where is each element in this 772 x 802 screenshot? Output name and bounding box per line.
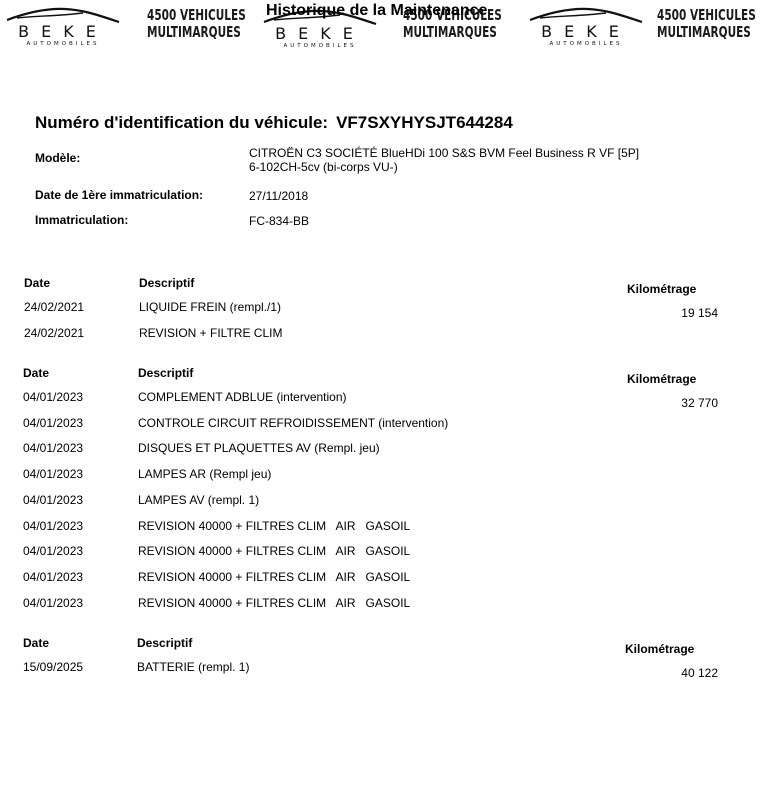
entry-description: LAMPES AV (rempl. 1): [138, 493, 259, 507]
slogan: 4500 VEHICULES MULTIMARQUES: [657, 7, 756, 41]
entry-date: 04/01/2023: [23, 390, 83, 404]
entry-description: LIQUIDE FREIN (rempl./1): [139, 300, 281, 314]
vin-line: Numéro d'identification du véhicule:VF7S…: [35, 113, 513, 133]
model-value: CITROËN C3 SOCIÉTÉ BlueHDi 100 S&S BVM F…: [249, 146, 639, 174]
column-header-date: Date: [23, 366, 49, 380]
vin-label: Numéro d'identification du véhicule:: [35, 113, 328, 132]
slogan: 4500 VEHICULES MULTIMARQUES: [147, 7, 246, 41]
beke-logo: BEKE AUTOMOBILES: [3, 4, 123, 46]
entry-description: CONTROLE CIRCUIT REFROIDISSEMENT (interv…: [138, 416, 448, 430]
entry-date: 24/02/2021: [24, 326, 84, 340]
entry-date: 04/01/2023: [23, 441, 83, 455]
brand-banner: BEKE AUTOMOBILES 4500 VEHICULES MULTIMAR…: [0, 0, 772, 50]
column-header-description: Descriptif: [139, 276, 194, 290]
model-label: Modèle:: [35, 151, 80, 165]
entry-description: REVISION 40000 + FILTRES CLIM AIR GASOIL: [138, 570, 410, 584]
entry-description: REVISION + FILTRE CLIM: [139, 326, 282, 340]
entry-description: LAMPES AR (Rempl jeu): [138, 467, 271, 481]
mileage-value: 40 122: [638, 666, 718, 680]
svg-text:BEKE: BEKE: [541, 22, 631, 41]
svg-text:BEKE: BEKE: [275, 24, 365, 43]
entry-description: REVISION 40000 + FILTRES CLIM AIR GASOIL: [138, 596, 410, 610]
column-header-mileage: Kilométrage: [627, 372, 696, 386]
column-header-description: Descriptif: [138, 366, 193, 380]
entry-description: REVISION 40000 + FILTRES CLIM AIR GASOIL: [138, 544, 410, 558]
entry-date: 04/01/2023: [23, 519, 83, 533]
svg-text:BEKE: BEKE: [18, 22, 108, 41]
registration-value: FC-834-BB: [249, 214, 309, 228]
column-header-date: Date: [24, 276, 50, 290]
entry-date: 04/01/2023: [23, 544, 83, 558]
entry-description: COMPLEMENT ADBLUE (intervention): [138, 390, 347, 404]
entry-date: 04/01/2023: [23, 493, 83, 507]
car-silhouette-icon: BEKE AUTOMOBILES: [526, 4, 646, 46]
entry-date: 15/09/2025: [23, 660, 83, 674]
entry-date: 04/01/2023: [23, 596, 83, 610]
beke-logo: BEKE AUTOMOBILES: [526, 4, 646, 46]
column-header-description: Descriptif: [137, 636, 192, 650]
entry-description: DISQUES ET PLAQUETTES AV (Rempl. jeu): [138, 441, 380, 455]
vin-value: VF7SXYHYSJT644284: [336, 113, 513, 132]
page-title: Historique de la Maintenance: [266, 2, 487, 20]
svg-text:AUTOMOBILES: AUTOMOBILES: [284, 43, 357, 48]
first-registration-value: 27/11/2018: [249, 189, 308, 203]
entry-date: 04/01/2023: [23, 467, 83, 481]
first-registration-label: Date de 1ère immatriculation:: [35, 188, 203, 202]
entry-date: 04/01/2023: [23, 570, 83, 584]
registration-label: Immatriculation:: [35, 213, 128, 227]
car-silhouette-icon: BEKE AUTOMOBILES: [3, 4, 123, 46]
column-header-mileage: Kilométrage: [625, 642, 694, 656]
column-header-date: Date: [23, 636, 49, 650]
mileage-value: 19 154: [638, 306, 718, 320]
entry-date: 24/02/2021: [24, 300, 84, 314]
svg-text:AUTOMOBILES: AUTOMOBILES: [550, 41, 623, 46]
entry-date: 04/01/2023: [23, 416, 83, 430]
entry-description: REVISION 40000 + FILTRES CLIM AIR GASOIL: [138, 519, 410, 533]
mileage-value: 32 770: [638, 396, 718, 410]
column-header-mileage: Kilométrage: [627, 282, 696, 296]
entry-description: BATTERIE (rempl. 1): [137, 660, 249, 674]
svg-text:AUTOMOBILES: AUTOMOBILES: [27, 41, 100, 46]
